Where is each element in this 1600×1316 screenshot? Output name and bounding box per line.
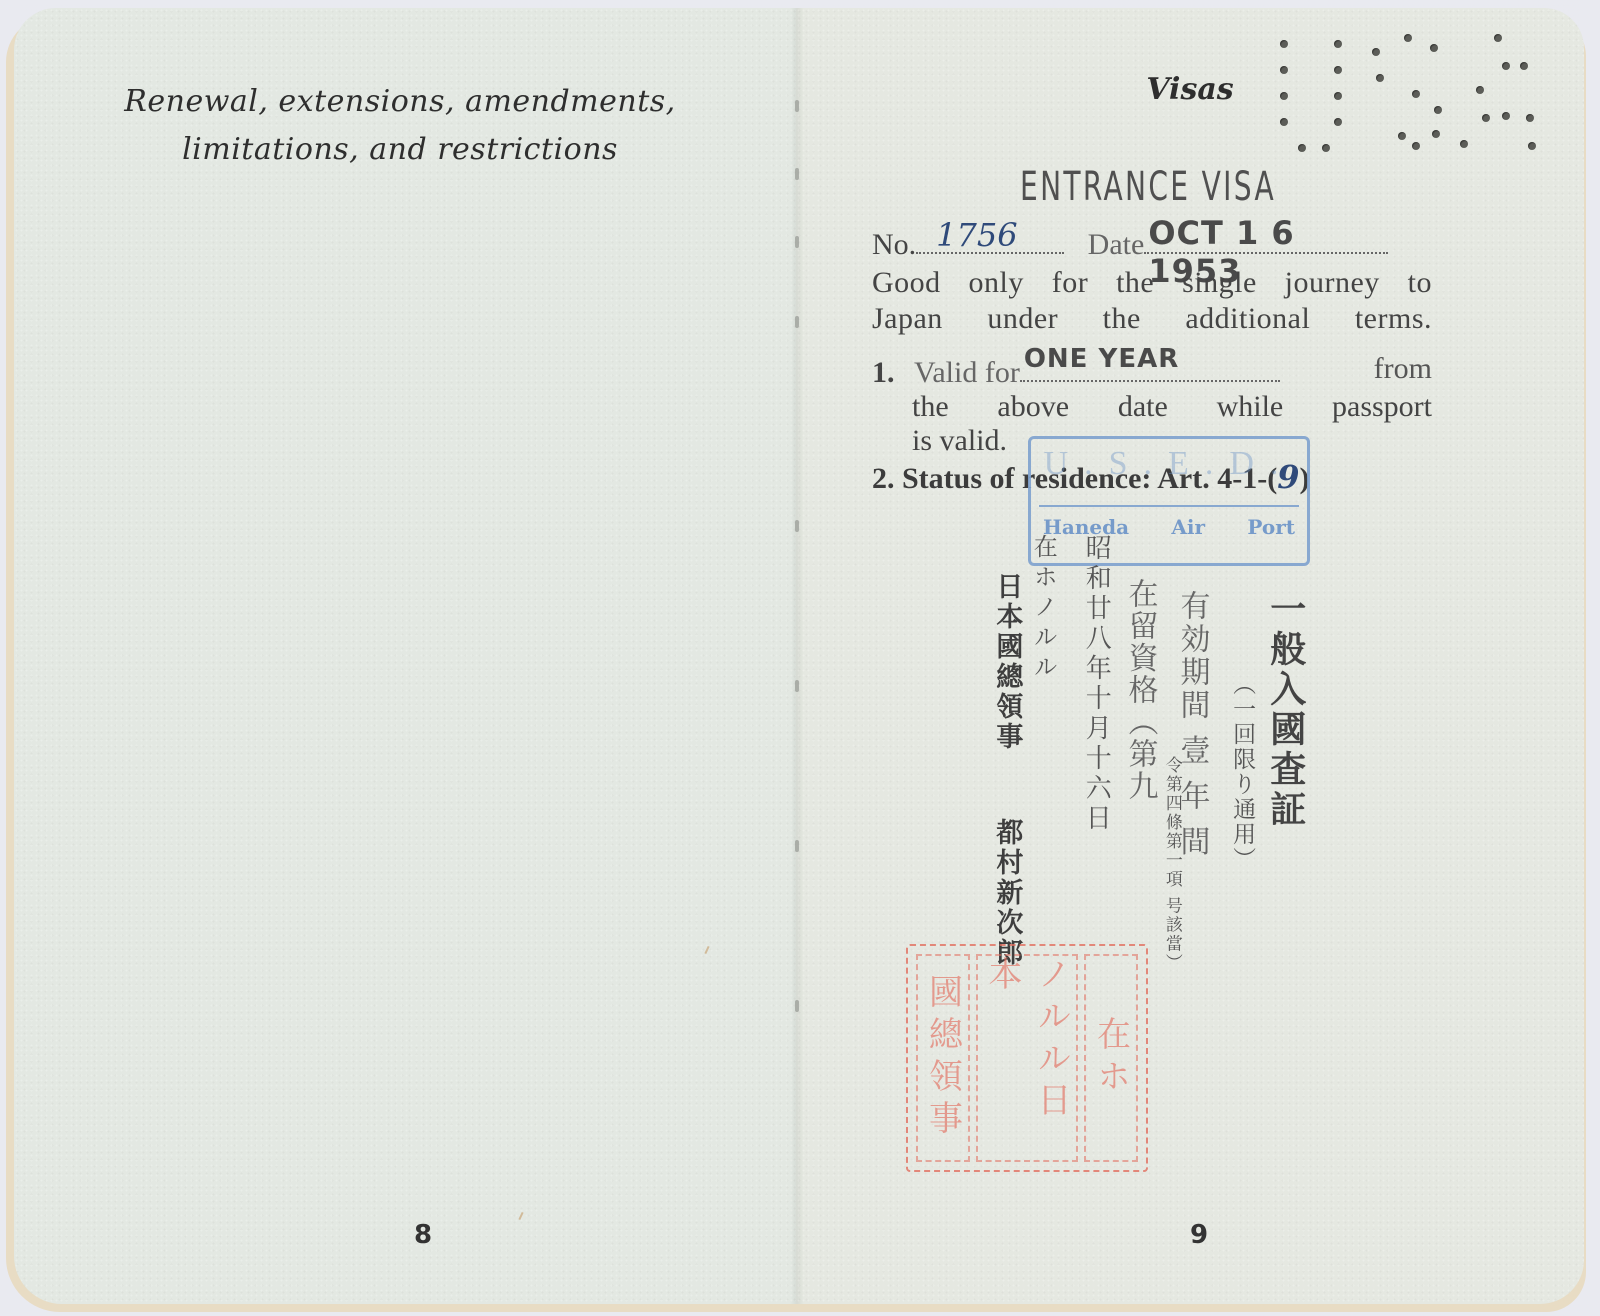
perforation-hole	[1280, 92, 1288, 100]
perforation-hole	[1398, 132, 1406, 140]
entry-stamp-divider	[1039, 505, 1299, 507]
seal-column: ノルル日本	[976, 954, 1078, 1162]
perforation-hole	[1528, 142, 1536, 150]
page-number-left: 8	[414, 1220, 432, 1250]
perforation-hole	[1520, 62, 1528, 70]
item-2-number: 2.	[872, 462, 895, 495]
seal-column: 國總領事	[916, 954, 970, 1162]
perforation-hole	[1412, 142, 1420, 150]
visas-heading: Visas	[1140, 72, 1240, 107]
perforation-hole	[1494, 34, 1502, 42]
visa-number-date-row: No.1756 DateOCT 1 6 1953	[872, 224, 1432, 262]
stitch-mark	[795, 840, 799, 852]
stitch-mark	[795, 236, 799, 248]
validity-value: ONE YEAR	[1024, 344, 1179, 374]
perforation-hole	[1526, 114, 1534, 122]
perforation-hole	[1432, 130, 1440, 138]
perforation-hole	[1372, 48, 1380, 56]
jp-general-entry-visa: 一般入國査証	[1266, 590, 1304, 830]
perforation-hole	[1412, 90, 1420, 98]
perforation-hole	[1476, 86, 1484, 94]
date-label: Date	[1088, 228, 1145, 261]
seal-column: 在ホ	[1084, 954, 1138, 1162]
perforation-hole	[1376, 74, 1384, 82]
perforation-hole	[1322, 144, 1330, 152]
stitch-mark	[795, 100, 799, 112]
perforation-hole	[1334, 92, 1342, 100]
perforation-hole	[1502, 112, 1510, 120]
perforation-hole	[1502, 62, 1510, 70]
stitch-mark	[795, 520, 799, 532]
entrance-visa-title: ENTRANCE VISA	[1020, 164, 1276, 210]
jp-honolulu: 在ホノルル	[1030, 534, 1055, 684]
perforation-hole	[1280, 118, 1288, 126]
perforation-hole	[1280, 66, 1288, 74]
visa-number: 1756	[936, 216, 1017, 254]
perforation-hole	[1334, 40, 1342, 48]
no-label: No.	[872, 228, 916, 261]
perforation-hole	[1334, 66, 1342, 74]
page-number-right: 9	[1190, 1220, 1208, 1250]
stitch-mark	[795, 680, 799, 692]
stitch-mark	[795, 316, 799, 328]
item-1-label: Valid for	[914, 356, 1020, 389]
jp-date: 昭和廿八年十月十六日	[1082, 534, 1109, 834]
perforation-hole	[1334, 118, 1342, 126]
stamp-word: Air	[1171, 515, 1205, 539]
visa-item-1-line-2: the above date while passport	[912, 390, 1432, 424]
heading-line-1: Renewal, extensions, amendments,	[100, 78, 700, 126]
stitch-mark	[795, 168, 799, 180]
stamp-word: Port	[1247, 515, 1295, 539]
item-1-number: 1.	[872, 356, 895, 389]
visa-item-1-line-3: is valid.	[912, 424, 1007, 458]
visa-terms-line-1: Good only for the single journey to	[872, 266, 1432, 300]
visa-terms-line-2: Japan under the additional terms.	[872, 302, 1432, 336]
perforation-hole	[1280, 40, 1288, 48]
red-seal-stamp: 國總領事 ノルル日本 在ホ	[906, 944, 1148, 1172]
stitch-mark	[795, 1000, 799, 1012]
jp-status-note: 令第四條第一項 号該當）	[1162, 756, 1180, 972]
entry-stamp: U.S.E.D. Haneda Air Port	[1028, 436, 1310, 566]
left-page	[14, 8, 796, 1304]
perforation-hole	[1460, 140, 1468, 148]
perforation-hole	[1404, 34, 1412, 42]
heading-line-2: limitations, and restrictions	[100, 126, 700, 174]
item-1-suffix: from	[1374, 352, 1432, 386]
jp-status: 在留資格（第九	[1124, 578, 1156, 802]
perforation-hole	[1482, 114, 1490, 122]
visa-item-1: 1. Valid forONE YEARfrom	[872, 352, 1432, 390]
perforation-hole	[1298, 144, 1306, 152]
jp-consulate: 日本國總領事	[992, 572, 1020, 752]
binding-gutter	[790, 8, 804, 1304]
perforation-hole	[1434, 106, 1442, 114]
entry-stamp-top-text: U.S.E.D.	[1031, 445, 1307, 483]
perforation-hole	[1430, 44, 1438, 52]
left-page-heading: Renewal, extensions, amendments, limitat…	[100, 78, 700, 174]
jp-single-use: （一回限り通用）	[1230, 672, 1254, 872]
perforation-icon	[1280, 30, 1540, 170]
